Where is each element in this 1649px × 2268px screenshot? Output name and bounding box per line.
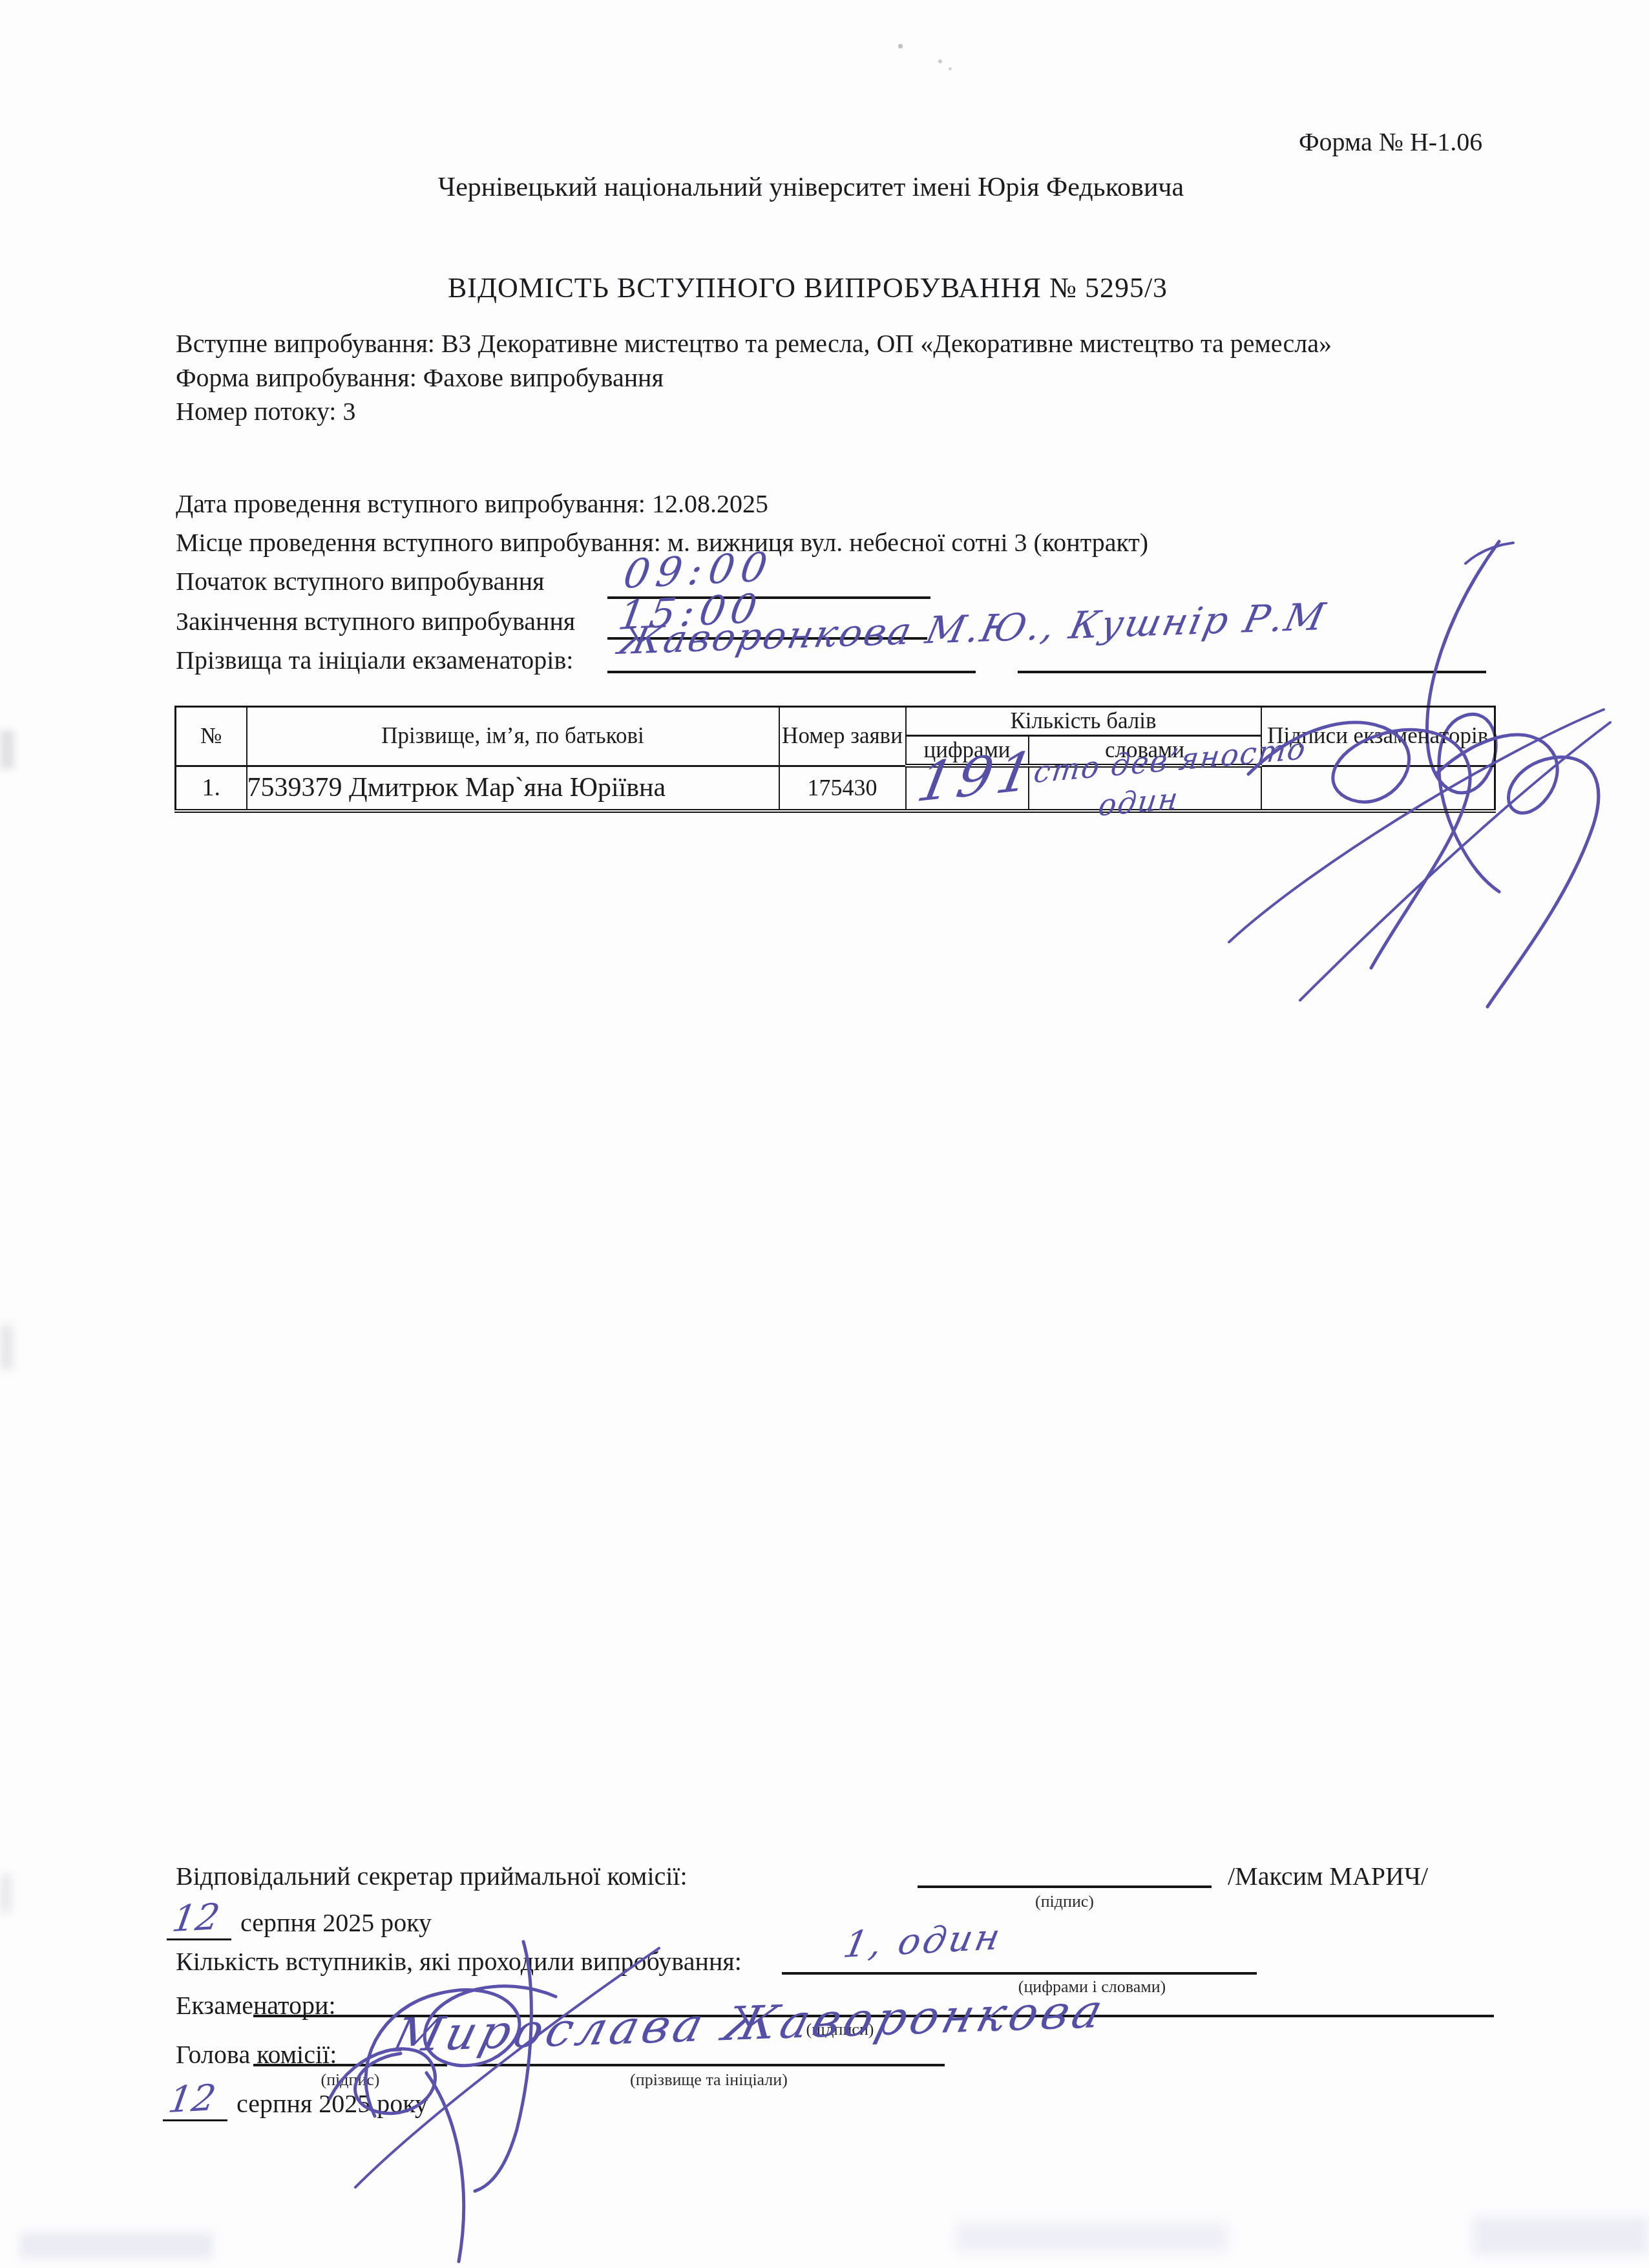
col-header-points: Кількість балів: [906, 707, 1261, 736]
col-header-name: Прізвище, ім’я, по батькові: [247, 707, 779, 766]
date1-day-handwriting: 12: [169, 1896, 222, 1940]
form-line: Форма випробування: Фахове випробування: [176, 362, 664, 393]
scan-artifact: [0, 1325, 13, 1370]
secretary-name: /Максим МАРИЧ/: [1228, 1861, 1428, 1891]
university-name: Чернівецький національний університет ім…: [0, 172, 1622, 204]
scan-artifact: [938, 59, 942, 63]
scan-artifact: [949, 67, 952, 70]
examiners-label: Прізвища та ініціали екзаменаторів:: [176, 645, 573, 675]
row-name: 7539379 Дмитрюк Мар`яна Юріївна: [247, 766, 779, 811]
date2-day-handwriting: 12: [165, 2077, 218, 2121]
count-underline: [782, 1972, 1257, 1975]
form-code: Форма № Н-1.06: [1299, 127, 1482, 157]
examiner-signatures: [1210, 697, 1623, 1020]
col-header-application: Номер заяви: [779, 707, 906, 766]
start-label: Початок вступного випробування: [176, 566, 545, 596]
examiners-underline-1: [607, 671, 976, 673]
scan-artifact: [956, 2223, 1228, 2252]
row-application: 175430: [779, 766, 906, 811]
count-value-handwriting: 1, один: [840, 1916, 1006, 1966]
col-header-num: №: [176, 707, 247, 766]
secretary-sign-underline: [918, 1885, 1212, 1888]
secretary-sign-note: (підпис): [918, 1892, 1212, 1911]
score-digits-handwriting: 191: [912, 739, 1042, 814]
scan-artifact: [0, 730, 14, 769]
scan-artifact: [0, 1874, 12, 1913]
scan-artifact: [19, 2232, 213, 2258]
exam-line: Вступне випробування: ВЗ Декоративне мис…: [176, 328, 1332, 359]
stream-line: Номер потоку: 3: [176, 396, 355, 426]
date-line: Дата проведення вступного випробування: …: [176, 488, 768, 519]
date1-underline: [167, 1938, 231, 1940]
end-label: Закінчення вступного випробування: [176, 606, 575, 636]
scan-artifact: [898, 44, 903, 48]
date2-underline: [163, 2119, 227, 2121]
row-num: 1.: [176, 766, 247, 811]
secretary-label: Відповідальний секретар приймальної комі…: [176, 1861, 688, 1891]
scanned-admission-sheet: Форма № Н-1.06 Чернівецький національний…: [0, 0, 1649, 2268]
sheet-title: ВІДОМІСТЬ ВСТУПНОГО ВИПРОБУВАННЯ № 5295/…: [0, 271, 1615, 305]
head-signature: [310, 2021, 504, 2267]
scan-artifact: [1473, 2216, 1649, 2255]
